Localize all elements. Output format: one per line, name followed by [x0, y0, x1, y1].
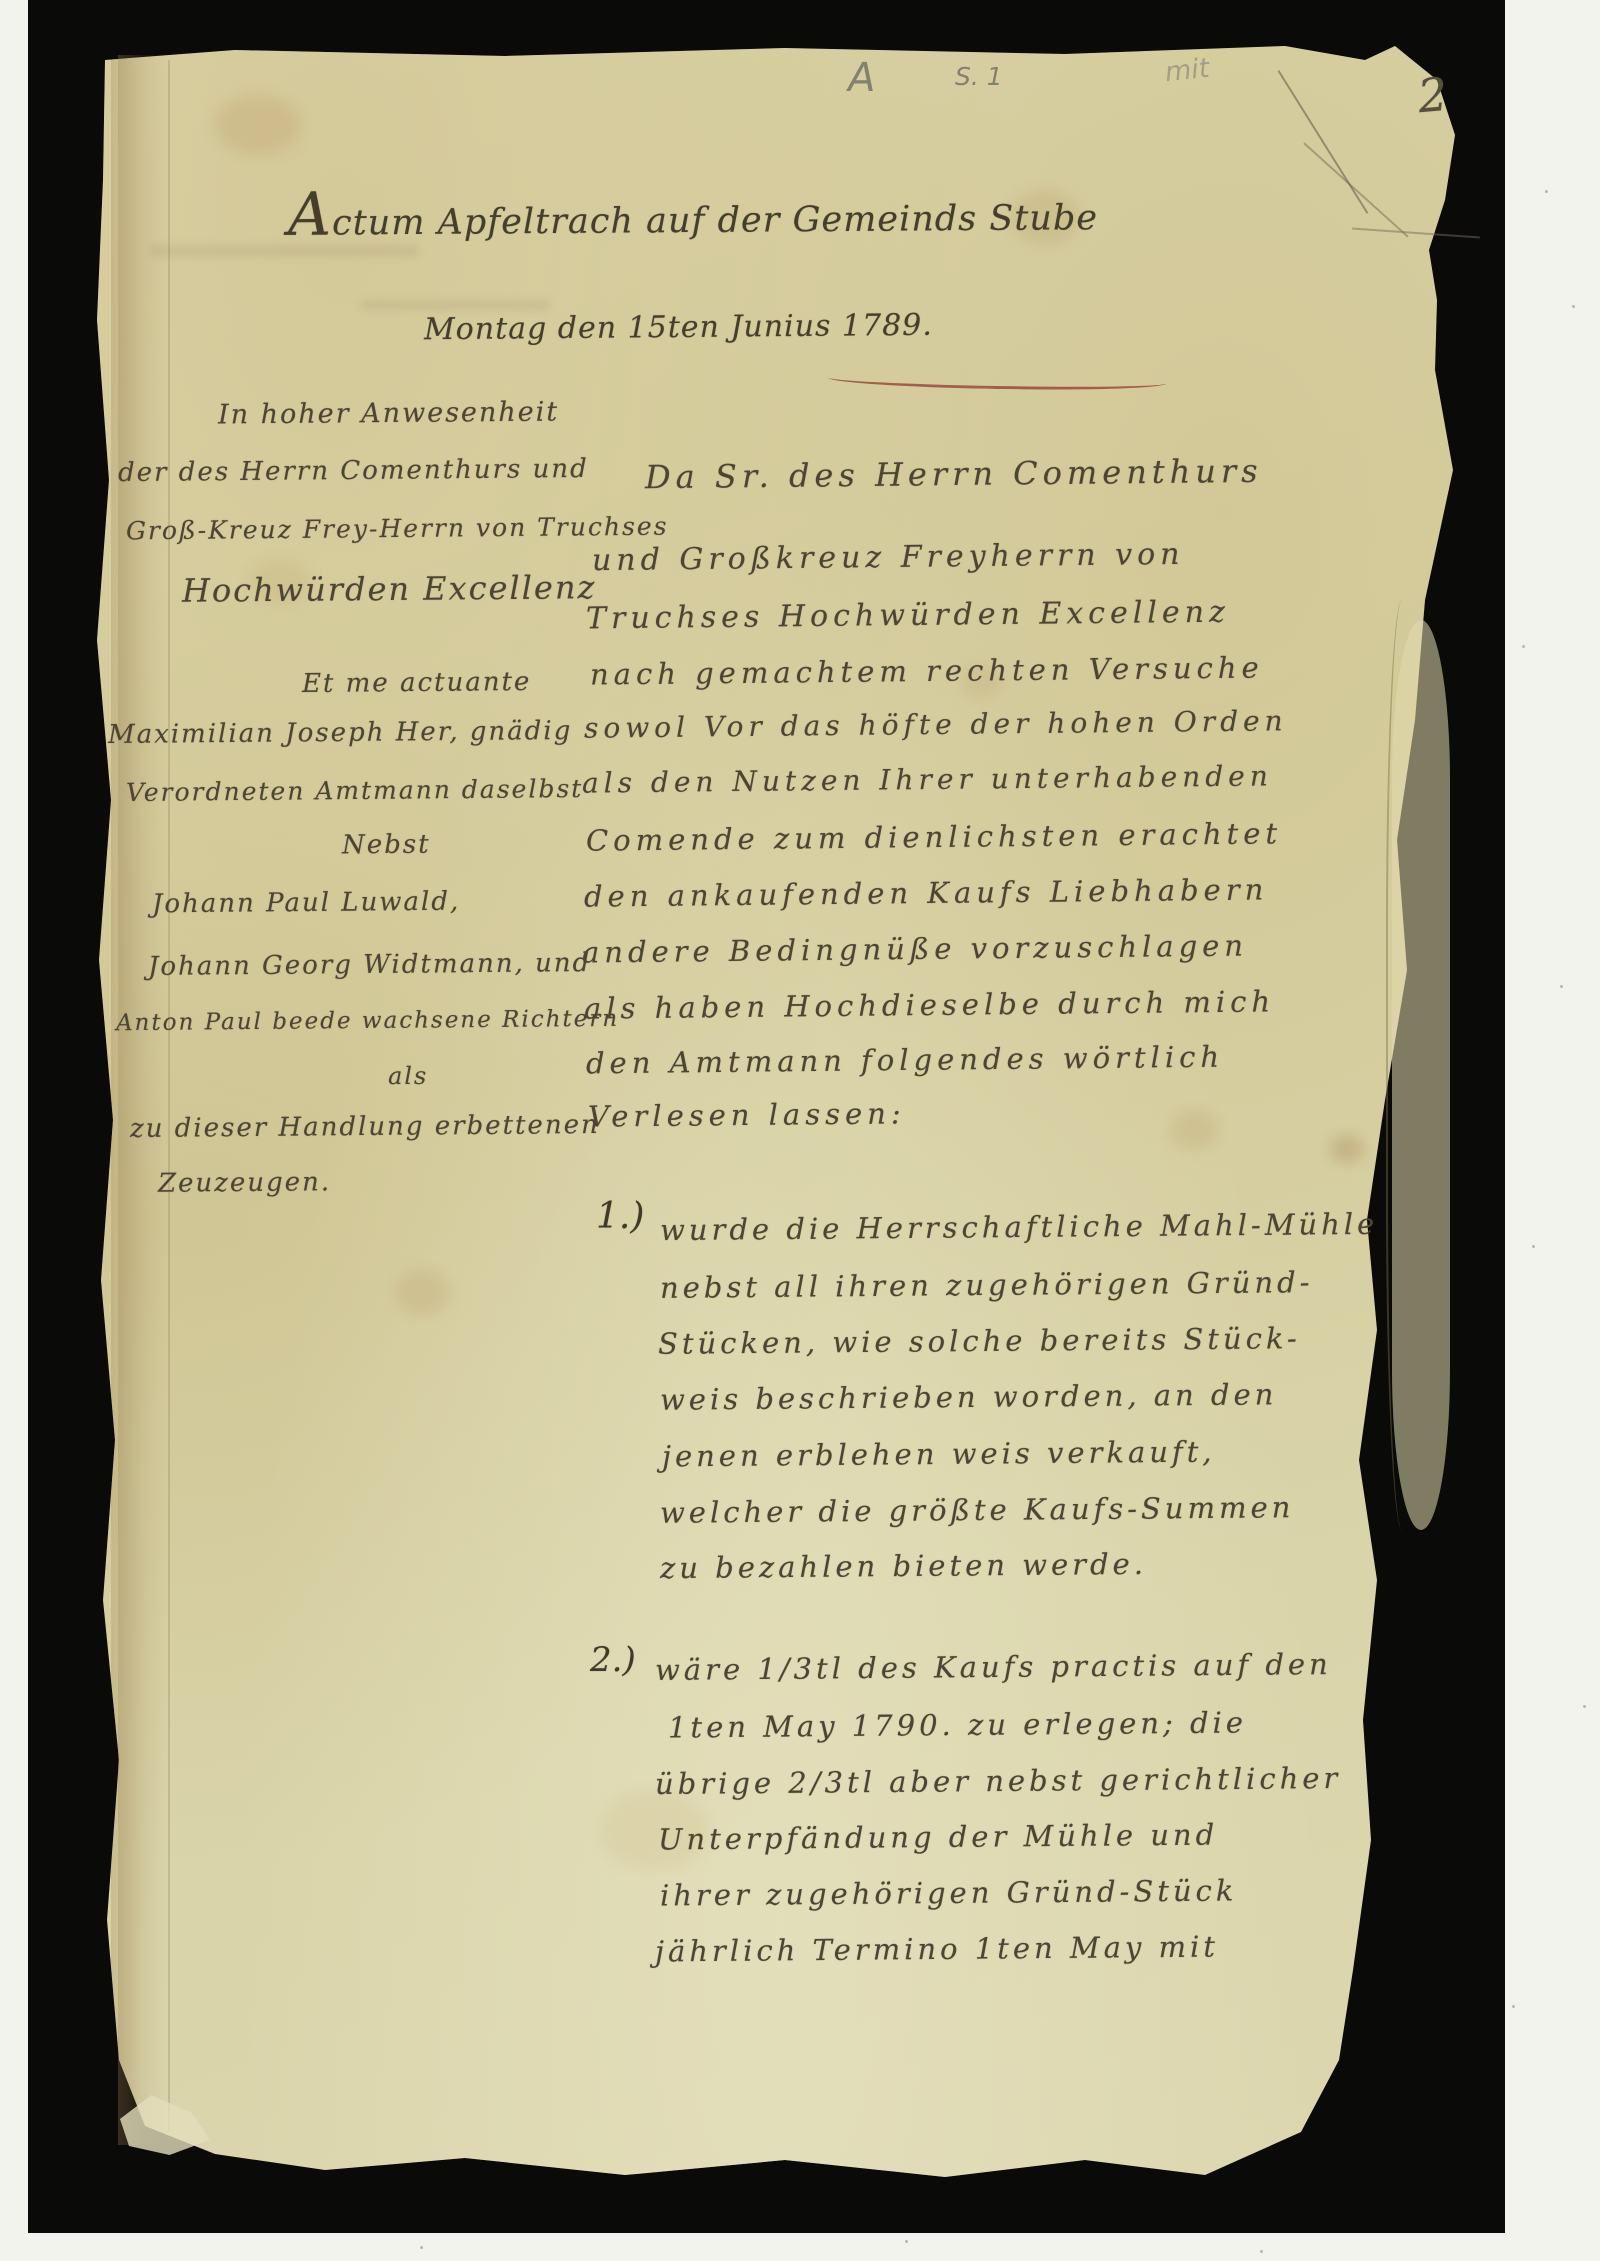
red-underline	[828, 369, 1166, 392]
attendance-line: Johann Paul Luwald,	[152, 887, 460, 920]
attendance-line: In hoher Anwesenheit	[218, 397, 559, 431]
article-2-line: Unterpfändung der Mühle und	[658, 1818, 1218, 1857]
heading-line-1: Actum Apfeltrach auf der Gemeinds Stube	[288, 175, 1098, 250]
attendance-line: Hochwürden Excellenz	[182, 568, 597, 610]
attendance-line: Maximilian Joseph Her, gnädig	[108, 716, 573, 750]
heading-line-2: Montag den 15ten Junius 1789.	[424, 308, 933, 347]
article-1-number: 1.)	[596, 1196, 644, 1237]
pencil-note: mit	[1164, 53, 1211, 88]
attendance-line: Anton Paul beede wachsene Richtern	[116, 1006, 619, 1036]
body-line: nach gemachtem rechten Versuche	[590, 650, 1264, 691]
body-line: sowol Vor das höfte der hohen Orden	[584, 704, 1288, 744]
attendance-line: Nebst	[342, 830, 431, 861]
body-line: Comende zum dienlichsten erachtet	[586, 816, 1282, 857]
body-line: Verlesen lassen:	[588, 1096, 906, 1133]
pencil-page-mark: S. 1	[955, 62, 1003, 91]
article-1-line: weis beschrieben worden, an den	[660, 1377, 1278, 1416]
article-2-line: jährlich Termino 1ten May mit	[655, 1930, 1219, 1969]
article-1-line: welcher die größte Kaufs-Summen	[660, 1490, 1295, 1530]
manuscript-text-layer: A S. 1 mit 2 Actum Apfeltrach auf der Ge…	[0, 0, 1600, 2261]
attendance-line: Verordneten Amtmann daselbst	[126, 774, 584, 807]
body-line: Truchses Hochwürden Excellenz	[586, 595, 1230, 637]
attendance-line: Groß-Kreuz Frey-Herrn von Truchses	[126, 512, 669, 546]
body-line: andere Bedingnüße vorzuschlagen	[582, 929, 1248, 970]
article-1-line: jenen erblehen weis verkauft,	[662, 1435, 1216, 1474]
article-1-line: zu bezahlen bieten werde.	[660, 1547, 1147, 1585]
article-2-line: 1ten May 1790. zu erlegen; die	[668, 1705, 1247, 1744]
body-line: den ankaufenden Kaufs Liebhabern	[584, 872, 1269, 913]
article-1-line: wurde die Herrschaftliche Mahl-Mühle	[660, 1207, 1379, 1247]
scanned-manuscript-page: A S. 1 mit 2 Actum Apfeltrach auf der Ge…	[0, 0, 1600, 2261]
article-1-line: Stücken, wie solche bereits Stück-	[658, 1321, 1301, 1361]
article-2-line: übrige 2/3tl aber nebst gerichtlicher	[655, 1761, 1342, 1801]
attendance-line: als	[388, 1062, 429, 1090]
folio-number: 2	[1416, 67, 1450, 123]
article-2-line: ihrer zugehörigen Gründ-Stück	[660, 1873, 1238, 1912]
article-1-line: nebst all ihren zugehörigen Gründ-	[660, 1265, 1314, 1305]
body-line: als haben Hochdieselbe durch mich	[584, 984, 1275, 1025]
attendance-line: der des Herrn Comenthurs und	[118, 454, 589, 488]
body-line: als den Nutzen Ihrer unterhabenden	[582, 759, 1273, 799]
attendance-line: Johann Georg Widtmann, und	[148, 948, 591, 982]
pencil-letter-mark: A	[844, 55, 879, 101]
article-2-number: 2.)	[590, 1640, 636, 1680]
attendance-line: Zeuzeugen.	[158, 1167, 331, 1199]
attendance-line: Et me actuante	[302, 667, 532, 699]
body-line: Da Sr. des Herrn Comenthurs	[645, 452, 1263, 496]
article-2-line: wäre 1/3tl des Kaufs practis auf den	[655, 1647, 1332, 1687]
attendance-line: zu dieser Handlung erbettenen	[130, 1110, 600, 1144]
body-line: den Amtmann folgendes wörtlich	[586, 1040, 1224, 1081]
body-line: und Großkreuz Freyherrn von	[592, 537, 1185, 578]
